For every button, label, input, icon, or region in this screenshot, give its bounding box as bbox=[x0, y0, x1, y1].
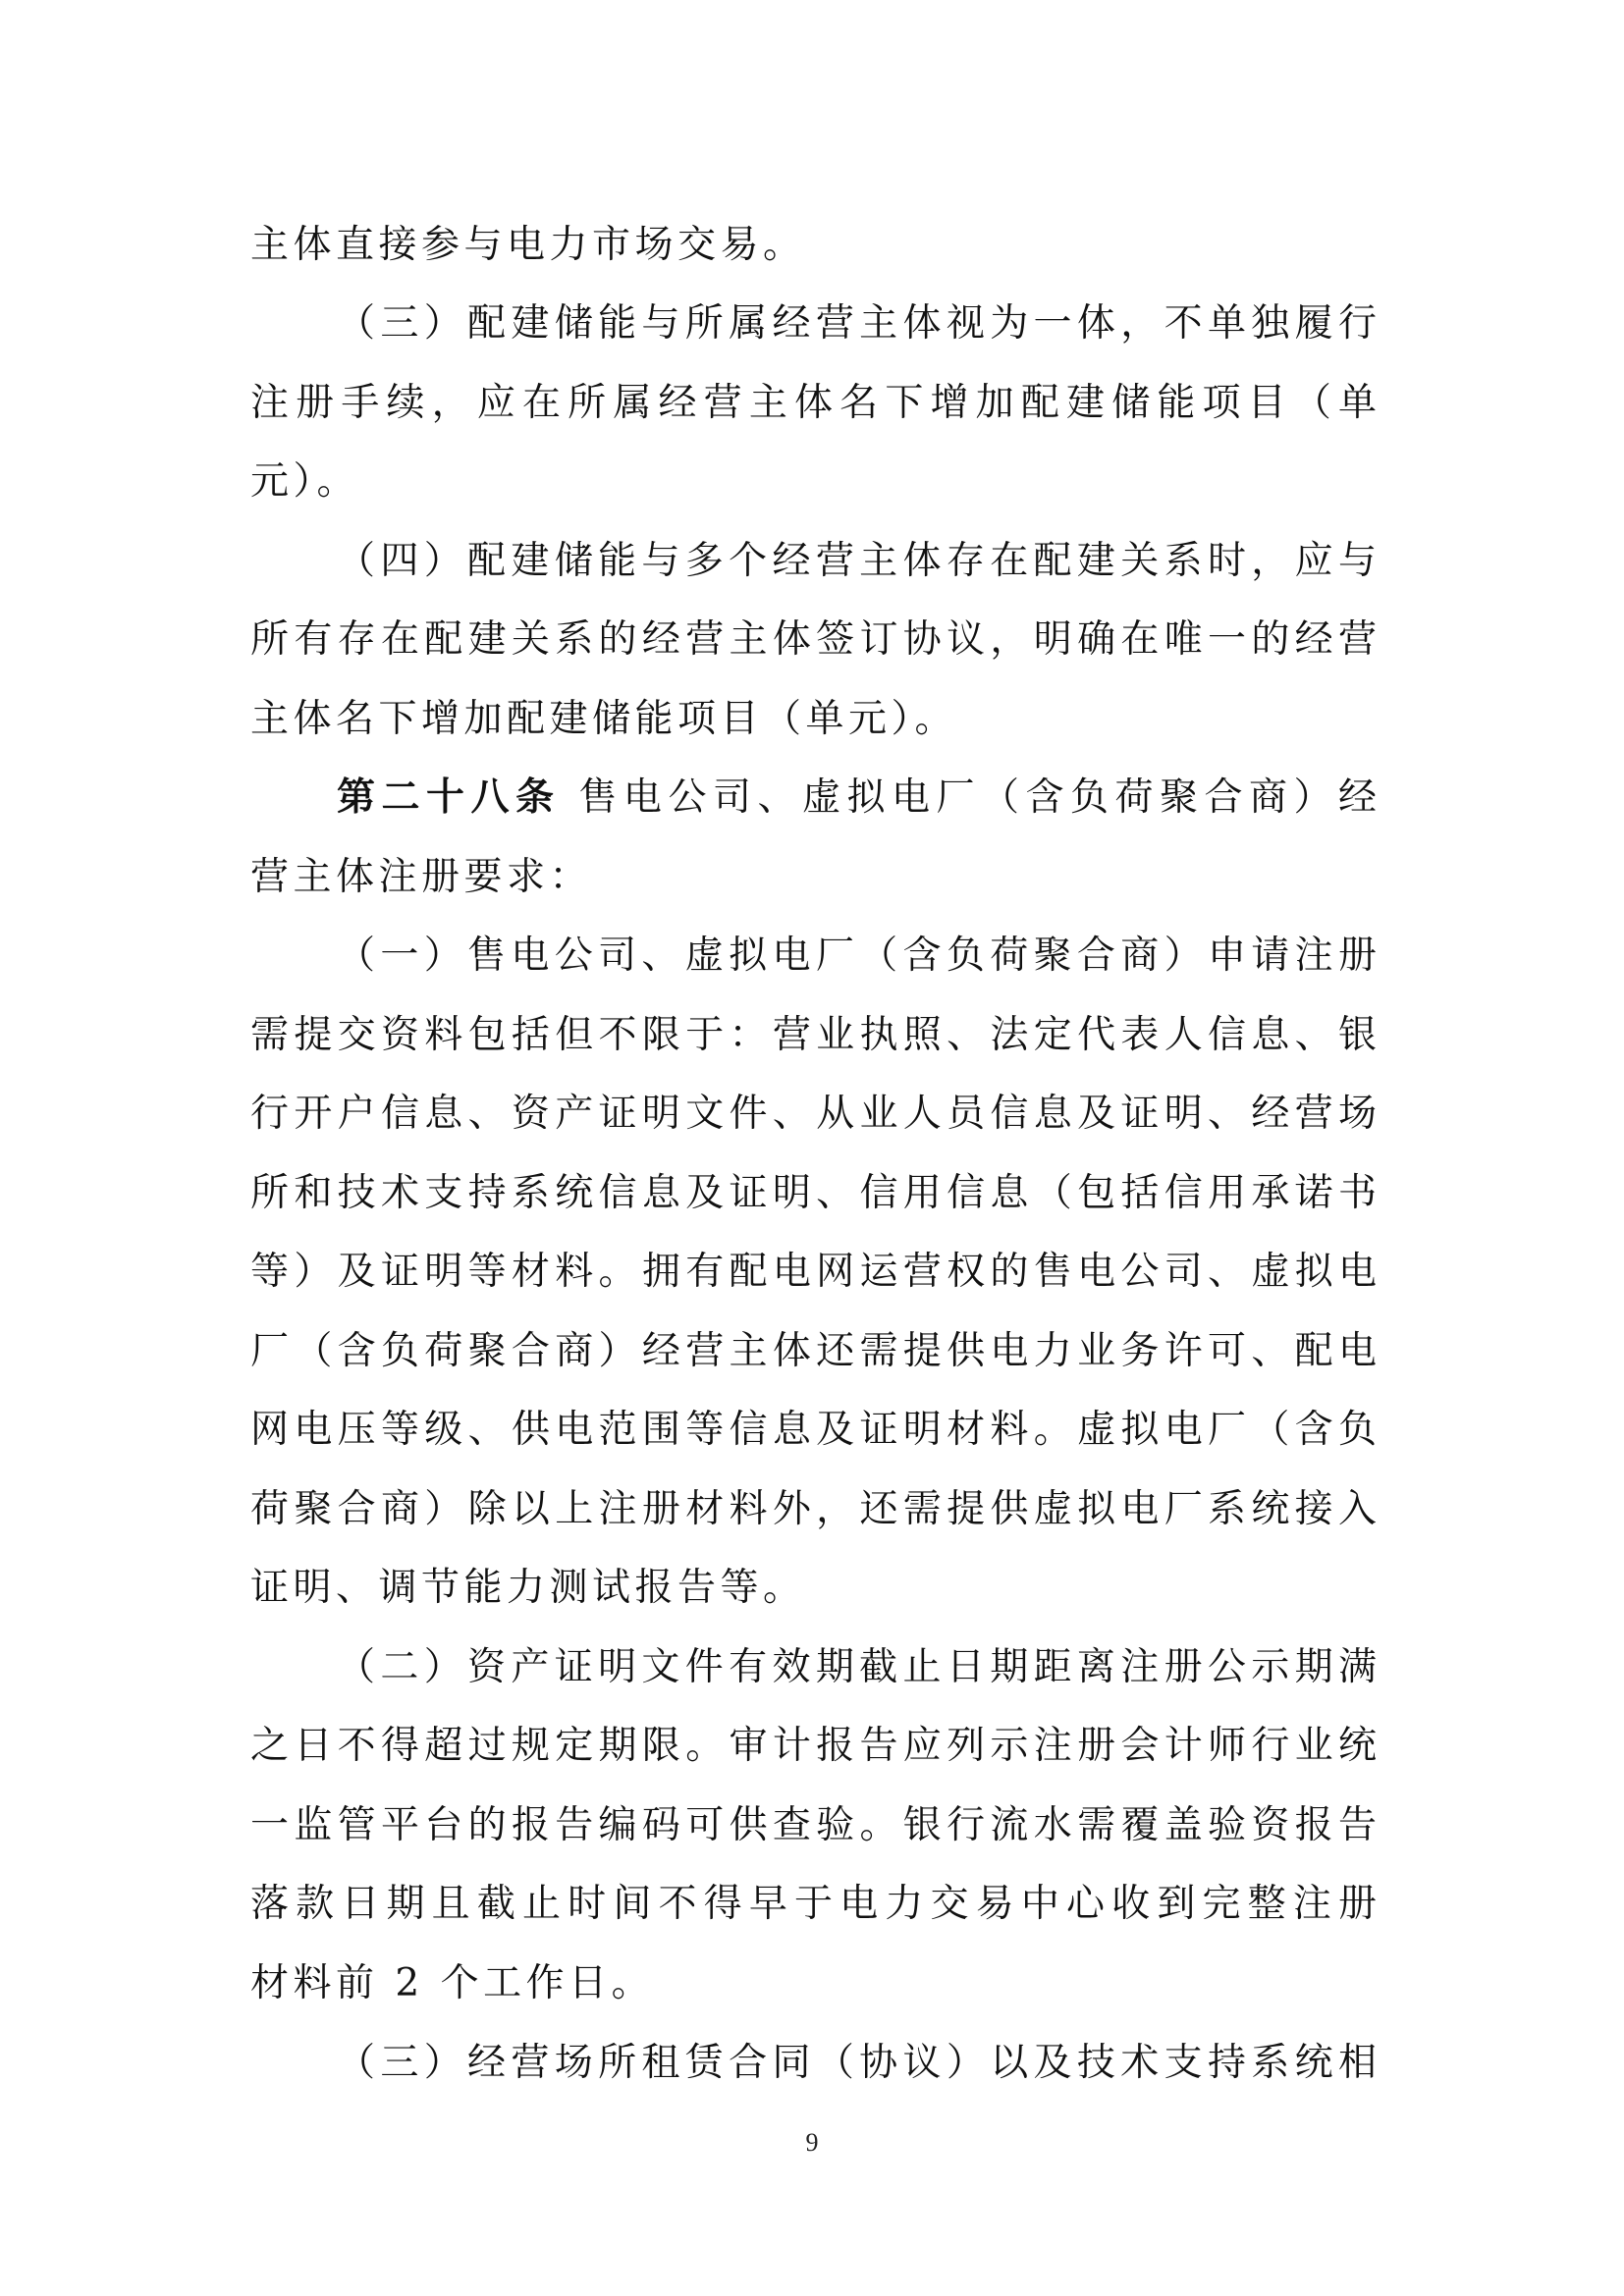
paragraph-line: 一监管平台的报告编码可供查验。银行流水需覆盖验资报告 bbox=[250, 1796, 1377, 1855]
paragraph-line: 主体直接参与电力市场交易。 bbox=[250, 216, 1377, 275]
page-number: 9 bbox=[0, 2128, 1624, 2158]
paragraph-line: （一）售电公司、虚拟电厂（含负荷聚合商）申请注册 bbox=[337, 927, 1377, 986]
paragraph-line: 元）。 bbox=[250, 453, 1377, 511]
paragraph-line: 所和技术支持系统信息及证明、信用信息（包括信用承诺书 bbox=[250, 1164, 1377, 1223]
paragraph-line: 材料前 2 个工作日。 bbox=[250, 1954, 1377, 2013]
document-page: 主体直接参与电力市场交易。 （三）配建储能与所属经营主体视为一体，不单独履行 注… bbox=[0, 0, 1624, 2296]
paragraph-line: 等）及证明等材料。拥有配电网运营权的售电公司、虚拟电 bbox=[250, 1243, 1377, 1302]
paragraph-line: （二）资产证明文件有效期截止日期距离注册公示期满 bbox=[337, 1638, 1377, 1697]
paragraph-line: 网电压等级、供电范围等信息及证明材料。虚拟电厂（含负 bbox=[250, 1401, 1377, 1460]
paragraph-line: 注册手续，应在所属经营主体名下增加配建储能项目（单 bbox=[250, 374, 1377, 433]
article-heading-text: 售电公司、虚拟电厂（含负荷聚合商）经 bbox=[561, 775, 1377, 820]
paragraph-line: 厂（含负荷聚合商）经营主体还需提供电力业务许可、配电 bbox=[250, 1322, 1377, 1381]
paragraph-line: 行开户信息、资产证明文件、从业人员信息及证明、经营场 bbox=[250, 1085, 1377, 1144]
article-label: 第二十八条 bbox=[337, 775, 561, 820]
paragraph-line: 证明、调节能力测试报告等。 bbox=[250, 1559, 1377, 1618]
paragraph-line: （三）经营场所租赁合同（协议）以及技术支持系统相 bbox=[337, 2034, 1377, 2093]
paragraph-line: 营主体注册要求： bbox=[250, 848, 1377, 907]
paragraph-line: （四）配建储能与多个经营主体存在配建关系时，应与 bbox=[337, 532, 1377, 591]
paragraph-line: 落款日期且截止时间不得早于电力交易中心收到完整注册 bbox=[250, 1875, 1377, 1934]
paragraph-line: 荷聚合商）除以上注册材料外，还需提供虚拟电厂系统接入 bbox=[250, 1480, 1377, 1539]
paragraph-line: 之日不得超过规定期限。审计报告应列示注册会计师行业统 bbox=[250, 1717, 1377, 1776]
paragraph-line: 主体名下增加配建储能项目（单元）。 bbox=[250, 690, 1377, 749]
paragraph-line: （三）配建储能与所属经营主体视为一体，不单独履行 bbox=[337, 294, 1377, 353]
paragraph-line: 需提交资料包括但不限于：营业执照、法定代表人信息、银 bbox=[250, 1006, 1377, 1065]
article-heading-line: 第二十八条 售电公司、虚拟电厂（含负荷聚合商）经 bbox=[337, 769, 1377, 828]
paragraph-line: 所有存在配建关系的经营主体签订协议，明确在唯一的经营 bbox=[250, 611, 1377, 669]
